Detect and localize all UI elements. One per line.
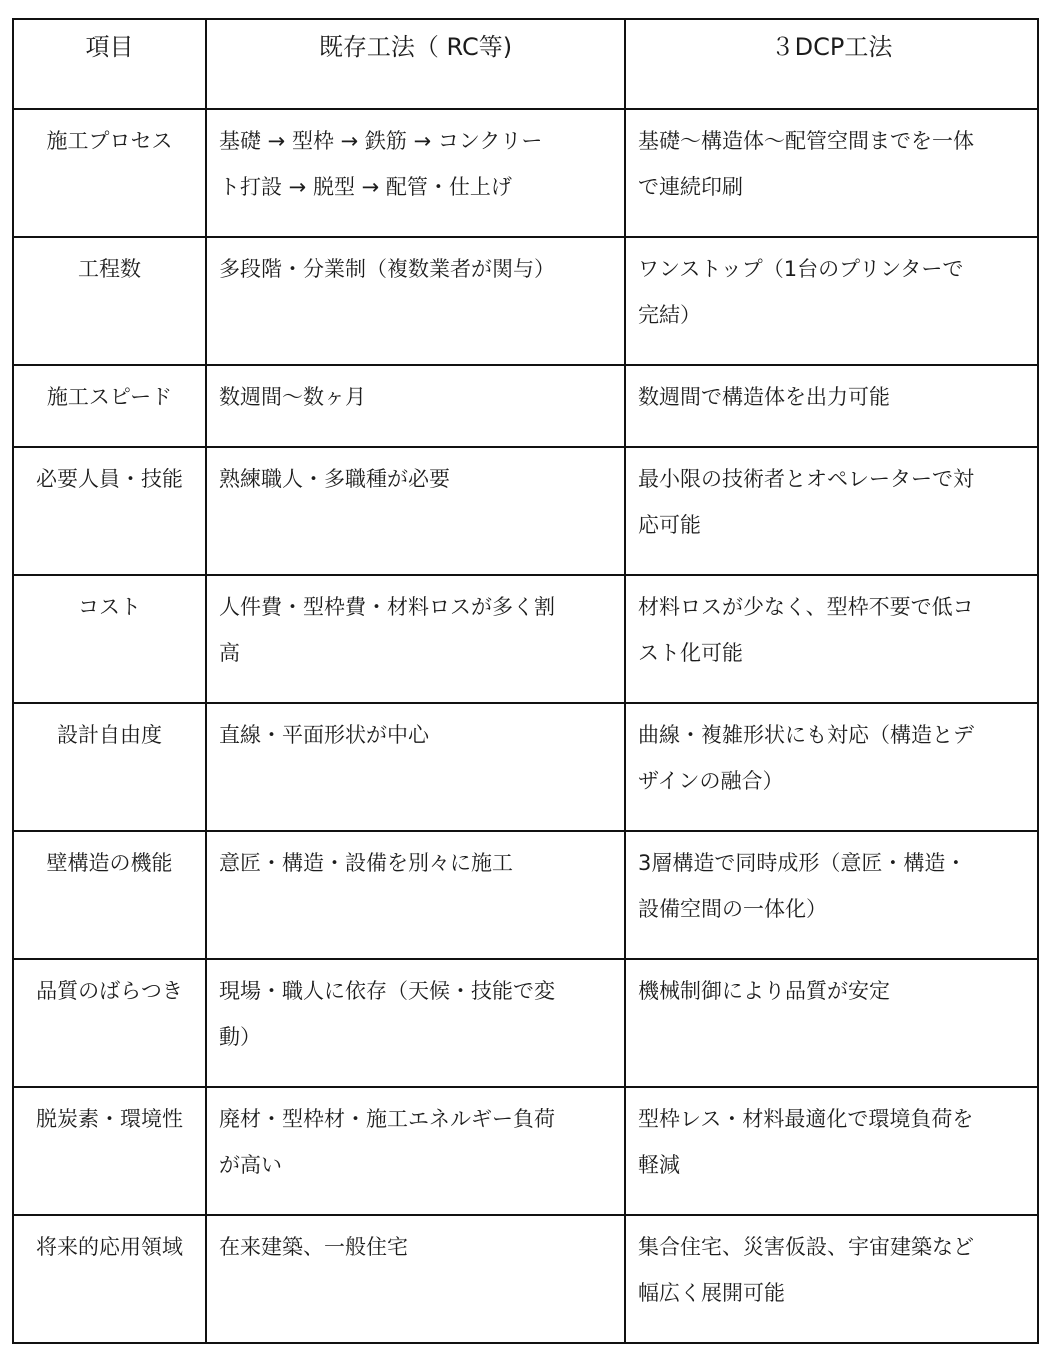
existing-method-cell: 基礎 → 型枠 → 鉄筋 → コンクリー ト打設 → 脱型 → 配管・仕上げ bbox=[206, 109, 625, 237]
cell-text-line: 応可能 bbox=[638, 502, 1029, 548]
cell-text-line: ワンストップ（1台のプリンターで bbox=[638, 246, 1029, 292]
row-item-cell: 脱炭素・環境性 bbox=[13, 1087, 206, 1215]
cell-text-line: 高 bbox=[219, 630, 616, 676]
cell-text-line: 型枠レス・材料最適化で環境負荷を bbox=[638, 1096, 1029, 1142]
table-row: コスト 人件費・型枠費・材料ロスが多く割 高 材料ロスが少なく、型枠不要で低コ … bbox=[13, 575, 1038, 703]
existing-method-cell: 直線・平面形状が中心 bbox=[206, 703, 625, 831]
existing-method-cell: 多段階・分業制（複数業者が関与） bbox=[206, 237, 625, 365]
cell-text-line: 設備空間の一体化） bbox=[638, 886, 1029, 932]
3dcp-method-cell: 3層構造で同時成形（意匠・構造・ 設備空間の一体化） bbox=[625, 831, 1038, 959]
cell-text-line: 機械制御により品質が安定 bbox=[638, 968, 1029, 1014]
cell-text-line: 直線・平面形状が中心 bbox=[219, 712, 616, 758]
existing-method-cell: 在来建築、一般住宅 bbox=[206, 1215, 625, 1343]
cell-text-line: 熟練職人・多職種が必要 bbox=[219, 456, 616, 502]
cell-text-line: 3層構造で同時成形（意匠・構造・ bbox=[638, 840, 1029, 886]
cell-text-line: 最小限の技術者とオペレーターで対 bbox=[638, 456, 1029, 502]
cell-text-line: で連続印刷 bbox=[638, 164, 1029, 210]
cell-text-line: 現場・職人に依存（天候・技能で変 bbox=[219, 968, 616, 1014]
3dcp-method-cell: 材料ロスが少なく、型枠不要で低コ スト化可能 bbox=[625, 575, 1038, 703]
table-row: 品質のばらつき 現場・職人に依存（天候・技能で変 動） 機械制御により品質が安定 bbox=[13, 959, 1038, 1087]
row-item-cell: 施工プロセス bbox=[13, 109, 206, 237]
3dcp-method-cell: 基礎〜構造体〜配管空間までを一体 で連続印刷 bbox=[625, 109, 1038, 237]
3dcp-method-cell: 機械制御により品質が安定 bbox=[625, 959, 1038, 1087]
comparison-table: 項目 既存工法（ RC等) ３DCP工法 施工プロセス 基礎 → 型枠 → 鉄筋… bbox=[12, 18, 1039, 1344]
cell-text-line: ザインの融合） bbox=[638, 758, 1029, 804]
table-row: 設計自由度 直線・平面形状が中心 曲線・複雑形状にも対応（構造とデ ザインの融合… bbox=[13, 703, 1038, 831]
row-item-cell: 品質のばらつき bbox=[13, 959, 206, 1087]
cell-text-line: 在来建築、一般住宅 bbox=[219, 1224, 616, 1270]
existing-method-cell: 人件費・型枠費・材料ロスが多く割 高 bbox=[206, 575, 625, 703]
cell-text-line: が高い bbox=[219, 1142, 616, 1188]
table-row: 壁構造の機能 意匠・構造・設備を別々に施工 3層構造で同時成形（意匠・構造・ 設… bbox=[13, 831, 1038, 959]
cell-text-line: 数週間で構造体を出力可能 bbox=[638, 374, 1029, 420]
3dcp-method-cell: 曲線・複雑形状にも対応（構造とデ ザインの融合） bbox=[625, 703, 1038, 831]
3dcp-method-cell: 型枠レス・材料最適化で環境負荷を 軽減 bbox=[625, 1087, 1038, 1215]
row-item-cell: 設計自由度 bbox=[13, 703, 206, 831]
cell-text-line: 幅広く展開可能 bbox=[638, 1270, 1029, 1316]
header-existing-method: 既存工法（ RC等) bbox=[206, 19, 625, 109]
row-item-cell: 将来的応用領域 bbox=[13, 1215, 206, 1343]
3dcp-method-cell: 集合住宅、災害仮設、宇宙建築など 幅広く展開可能 bbox=[625, 1215, 1038, 1343]
row-item-cell: コスト bbox=[13, 575, 206, 703]
cell-text-line: 材料ロスが少なく、型枠不要で低コ bbox=[638, 584, 1029, 630]
cell-text-line: 意匠・構造・設備を別々に施工 bbox=[219, 840, 616, 886]
3dcp-method-cell: ワンストップ（1台のプリンターで 完結） bbox=[625, 237, 1038, 365]
row-item-cell: 壁構造の機能 bbox=[13, 831, 206, 959]
cell-text-line: 曲線・複雑形状にも対応（構造とデ bbox=[638, 712, 1029, 758]
table-row: 施工プロセス 基礎 → 型枠 → 鉄筋 → コンクリー ト打設 → 脱型 → 配… bbox=[13, 109, 1038, 237]
existing-method-cell: 数週間〜数ヶ月 bbox=[206, 365, 625, 447]
header-row: 項目 既存工法（ RC等) ３DCP工法 bbox=[13, 19, 1038, 109]
cell-text-line: 軽減 bbox=[638, 1142, 1029, 1188]
3dcp-method-cell: 最小限の技術者とオペレーターで対 応可能 bbox=[625, 447, 1038, 575]
table-row: 工程数 多段階・分業制（複数業者が関与） ワンストップ（1台のプリンターで 完結… bbox=[13, 237, 1038, 365]
cell-text-line: 完結） bbox=[638, 292, 1029, 338]
cell-text-line: 人件費・型枠費・材料ロスが多く割 bbox=[219, 584, 616, 630]
cell-text-line: 基礎〜構造体〜配管空間までを一体 bbox=[638, 118, 1029, 164]
cell-text-line: 集合住宅、災害仮設、宇宙建築など bbox=[638, 1224, 1029, 1270]
row-item-cell: 工程数 bbox=[13, 237, 206, 365]
existing-method-cell: 熟練職人・多職種が必要 bbox=[206, 447, 625, 575]
header-item: 項目 bbox=[13, 19, 206, 109]
3dcp-method-cell: 数週間で構造体を出力可能 bbox=[625, 365, 1038, 447]
header-3dcp-method: ３DCP工法 bbox=[625, 19, 1038, 109]
table-row: 必要人員・技能 熟練職人・多職種が必要 最小限の技術者とオペレーターで対 応可能 bbox=[13, 447, 1038, 575]
table-row: 施工スピード 数週間〜数ヶ月 数週間で構造体を出力可能 bbox=[13, 365, 1038, 447]
cell-text-line: 数週間〜数ヶ月 bbox=[219, 374, 616, 420]
table-row: 脱炭素・環境性 廃材・型枠材・施工エネルギー負荷 が高い 型枠レス・材料最適化で… bbox=[13, 1087, 1038, 1215]
cell-text-line: 基礎 → 型枠 → 鉄筋 → コンクリー bbox=[219, 118, 616, 164]
existing-method-cell: 廃材・型枠材・施工エネルギー負荷 が高い bbox=[206, 1087, 625, 1215]
cell-text-line: ト打設 → 脱型 → 配管・仕上げ bbox=[219, 164, 616, 210]
row-item-cell: 施工スピード bbox=[13, 365, 206, 447]
cell-text-line: 廃材・型枠材・施工エネルギー負荷 bbox=[219, 1096, 616, 1142]
table-row: 将来的応用領域 在来建築、一般住宅 集合住宅、災害仮設、宇宙建築など 幅広く展開… bbox=[13, 1215, 1038, 1343]
cell-text-line: 多段階・分業制（複数業者が関与） bbox=[219, 246, 616, 292]
row-item-cell: 必要人員・技能 bbox=[13, 447, 206, 575]
existing-method-cell: 現場・職人に依存（天候・技能で変 動） bbox=[206, 959, 625, 1087]
existing-method-cell: 意匠・構造・設備を別々に施工 bbox=[206, 831, 625, 959]
cell-text-line: 動） bbox=[219, 1014, 616, 1060]
cell-text-line: スト化可能 bbox=[638, 630, 1029, 676]
